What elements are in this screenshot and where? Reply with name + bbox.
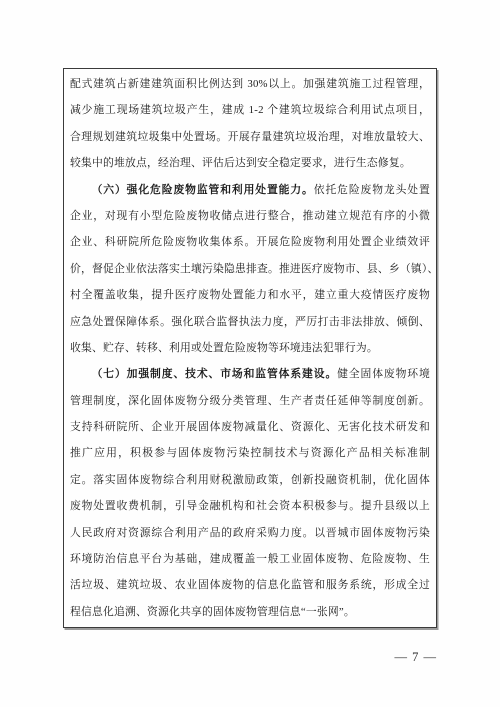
- section-heading: （七）加强制度、技术、市场和监管体系建设。: [92, 368, 338, 380]
- body-text: 减少施工现场建筑垃圾产生，建成 1-2 个建筑垃圾综合利用试点项目，: [70, 104, 430, 116]
- body-text: 活垃圾、建筑垃圾、农业固体废物的信息化监管和服务系统，形成全过: [70, 579, 430, 591]
- body-text: 应急处置保障体系。强化联合监督执法力度，严厉打击非法排放、倾倒、: [70, 316, 430, 328]
- document-text-line: 配式建筑占新建建筑面积比例达到 30%以上。加强建筑施工过程管理，: [70, 71, 430, 97]
- body-text: 环境防治信息平台为基础，建成覆盖一般工业固体废物、危险废物、生: [70, 553, 430, 565]
- document-text-line: 推广应用，积极参与固体废物污染控制技术与资源化产品相关标准制: [70, 440, 430, 466]
- document-text-line: 管理制度，深化固体废物分级分类管理、生产者责任延伸等制度创新。: [70, 388, 430, 414]
- document-text-line: 较集中的堆放点，经治理、评估后达到安全稳定要求，进行生态修复。: [70, 150, 430, 176]
- document-text-line: 支持科研院所、企业开展固体废物减量化、资源化、无害化技术研发和: [70, 414, 430, 440]
- body-text: 较集中的堆放点，经治理、评估后达到安全稳定要求，进行生态修复。: [70, 157, 411, 169]
- document-text-line: 企业，对现有小型危险废物收储点进行整合，推动建立规范有序的小微: [70, 203, 430, 229]
- document-text-line: 价，督促企业依法落实土壤污染隐患排查。推进医疗废物市、县、乡（镇）、: [70, 256, 430, 282]
- document-text-line: 人民政府对资源综合利用产品的政府采购力度。以晋城市固体废物污染: [70, 520, 430, 546]
- document-text-line: 合理规划建筑垃圾集中处置场。开展存量建筑垃圾治理，对堆放量较大、: [70, 124, 430, 150]
- section-heading: （六）强化危险废物监管和利用处置能力。: [92, 184, 314, 196]
- page-number: — 7 —: [395, 650, 438, 665]
- document-text-line: 收集、贮存、转移、利用或处置危险废物等环境违法犯罪行为。: [70, 335, 430, 361]
- body-text: 村全覆盖收集，提升医疗废物处置能力和水平，建立重大疫情医疗废物: [70, 289, 430, 301]
- document-text-line: 减少施工现场建筑垃圾产生，建成 1-2 个建筑垃圾综合利用试点项目，: [70, 97, 430, 123]
- body-text: 支持科研院所、企业开展固体废物减量化、资源化、无害化技术研发和: [70, 421, 430, 433]
- document-page: 配式建筑占新建建筑面积比例达到 30%以上。加强建筑施工过程管理，减少施工现场建…: [0, 0, 500, 707]
- document-content-frame: 配式建筑占新建建筑面积比例达到 30%以上。加强建筑施工过程管理，减少施工现场建…: [63, 68, 437, 628]
- body-text: 管理制度，深化固体废物分级分类管理、生产者责任延伸等制度创新。: [70, 395, 430, 407]
- document-text-line: （六）强化危险废物监管和利用处置能力。依托危险废物龙头处置: [70, 177, 430, 203]
- body-text: 价，督促企业依法落实土壤污染隐患排查。推进医疗废物市、县、乡（镇）、: [70, 263, 437, 275]
- document-text-line: 废物处置收费机制，引导金融机构和社会资本积极参与。提升县级以上: [70, 493, 430, 519]
- body-text: 依托危险废物龙头处置: [314, 184, 430, 196]
- body-text: 企业，对现有小型危险废物收储点进行整合，推动建立规范有序的小微: [70, 210, 430, 222]
- body-text: 定。落实固体废物综合利用财税激励政策，创新投融资机制，优化固体: [70, 474, 430, 486]
- document-text-line: 村全覆盖收集，提升医疗废物处置能力和水平，建立重大疫情医疗废物: [70, 282, 430, 308]
- document-text-line: 企业、科研院所危险废物收集体系。开展危险废物利用处置企业绩效评: [70, 229, 430, 255]
- document-text-line: 环境防治信息平台为基础，建成覆盖一般工业固体废物、危险废物、生: [70, 546, 430, 572]
- body-text: 企业、科研院所危险废物收集体系。开展危险废物利用处置企业绩效评: [70, 236, 430, 248]
- body-text: 程信息化追溯、资源化共享的固体废物管理信息“一张网”。: [70, 606, 355, 618]
- document-text-line: （七）加强制度、技术、市场和监管体系建设。健全固体废物环境: [70, 361, 430, 387]
- document-text-line: 定。落实固体废物综合利用财税激励政策，创新投融资机制，优化固体: [70, 467, 430, 493]
- document-text-line: 活垃圾、建筑垃圾、农业固体废物的信息化监管和服务系统，形成全过: [70, 572, 430, 598]
- document-text-line: 程信息化追溯、资源化共享的固体废物管理信息“一张网”。: [70, 599, 430, 625]
- body-text: 健全固体废物环境: [337, 368, 430, 380]
- document-text-line: 应急处置保障体系。强化联合监督执法力度，严厉打击非法排放、倾倒、: [70, 309, 430, 335]
- body-text: 合理规划建筑垃圾集中处置场。开展存量建筑垃圾治理，对堆放量较大、: [70, 131, 430, 143]
- body-text: 配式建筑占新建建筑面积比例达到 30%以上。加强建筑施工过程管理，: [70, 78, 430, 90]
- body-text: 收集、贮存、转移、利用或处置危险废物等环境违法犯罪行为。: [70, 342, 378, 354]
- body-text: 人民政府对资源综合利用产品的政府采购力度。以晋城市固体废物污染: [70, 527, 430, 539]
- body-text: 废物处置收费机制，引导金融机构和社会资本积极参与。提升县级以上: [70, 500, 430, 512]
- body-text: 推广应用，积极参与固体废物污染控制技术与资源化产品相关标准制: [70, 447, 430, 459]
